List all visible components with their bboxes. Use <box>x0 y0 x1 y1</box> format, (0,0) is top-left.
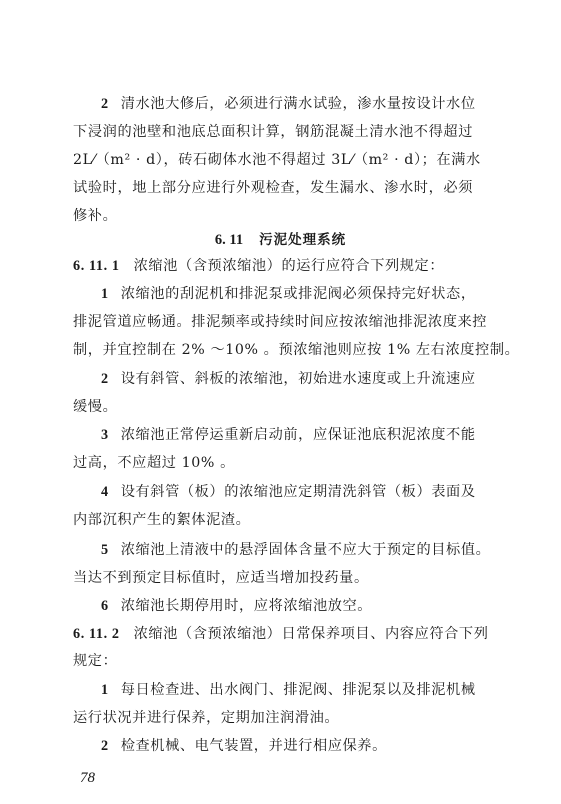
list-item: 6浓缩池长期停用时，应将浓缩池放空。 <box>101 597 473 615</box>
continuation-line: 修补。 <box>73 207 473 225</box>
section-title: 污泥处理系统 <box>259 232 346 248</box>
list-item-line: 内部沉积产生的絮体泥渣。 <box>73 511 473 529</box>
continuation-line: 2L⁄（m² · d），砖石砌体水池不得超过 3L⁄（m² · d）；在满水 <box>73 151 473 169</box>
document-page: 2清水池大修后，必须进行满水试验，渗水量按设计水位 下浸润的池壁和池底总面积计算… <box>0 0 561 804</box>
list-item-line: 缓慢。 <box>73 398 473 416</box>
list-item-line: 运行状况并进行保养，定期加注润滑油。 <box>73 709 473 727</box>
list-item: 2设有斜管、斜板的浓缩池，初始进水速度或上升流速应 <box>101 370 473 388</box>
section-heading: 6. 11污泥处理系统 <box>0 231 561 249</box>
list-item: 5浓缩池上清液中的悬浮固体含量不应大于预定的目标值。 <box>101 541 473 559</box>
section-number: 6. 11 <box>215 232 243 248</box>
list-item: 1每日检查进、出水阀门、排泥阀、排泥泵以及排泥机械 <box>101 681 473 699</box>
list-item: 3浓缩池正常停运重新启动前，应保证池底积泥浓度不能 <box>101 426 473 444</box>
continuation-item-line: 2清水池大修后，必须进行满水试验，渗水量按设计水位 <box>101 95 473 113</box>
clause-6-11-1: 6. 11. 1浓缩池（含预浓缩池）的运行应符合下列规定： <box>73 257 473 275</box>
clause-number: 6. 11. 1 <box>73 258 120 274</box>
clause-number: 6. 11. 2 <box>73 626 120 642</box>
continuation-line: 下浸润的池壁和池底总面积计算，钢筋混凝土清水池不得超过 <box>73 123 473 141</box>
list-item-line: 过高，不应超过 10% 。 <box>73 454 473 472</box>
list-item: 2检查机械、电气装置，并进行相应保养。 <box>101 737 473 755</box>
clause-line: 规定： <box>73 652 473 670</box>
list-item: 1浓缩池的刮泥机和排泥泵或排泥阀必须保持完好状态， <box>101 285 473 303</box>
list-item-line: 排泥管道应畅通。排泥频率或持续时间应按浓缩池排泥浓度来控 <box>73 313 473 331</box>
item-number: 2 <box>101 96 109 112</box>
clause-6-11-2: 6. 11. 2浓缩池（含预浓缩池）日常保养项目、内容应符合下列 <box>73 625 473 643</box>
list-item-line: 当达不到预定目标值时，应适当增加投药量。 <box>73 569 473 587</box>
list-item-line: 制，并宜控制在 2% ～10% 。预浓缩池则应按 1% 左右浓度控制。 <box>73 341 473 359</box>
continuation-line: 试验时，地上部分应进行外观检查，发生漏水、渗水时，必须 <box>73 179 473 197</box>
page-number: 78 <box>80 770 95 787</box>
list-item: 4设有斜管（板）的浓缩池应定期清洗斜管（板）表面及 <box>101 483 473 501</box>
